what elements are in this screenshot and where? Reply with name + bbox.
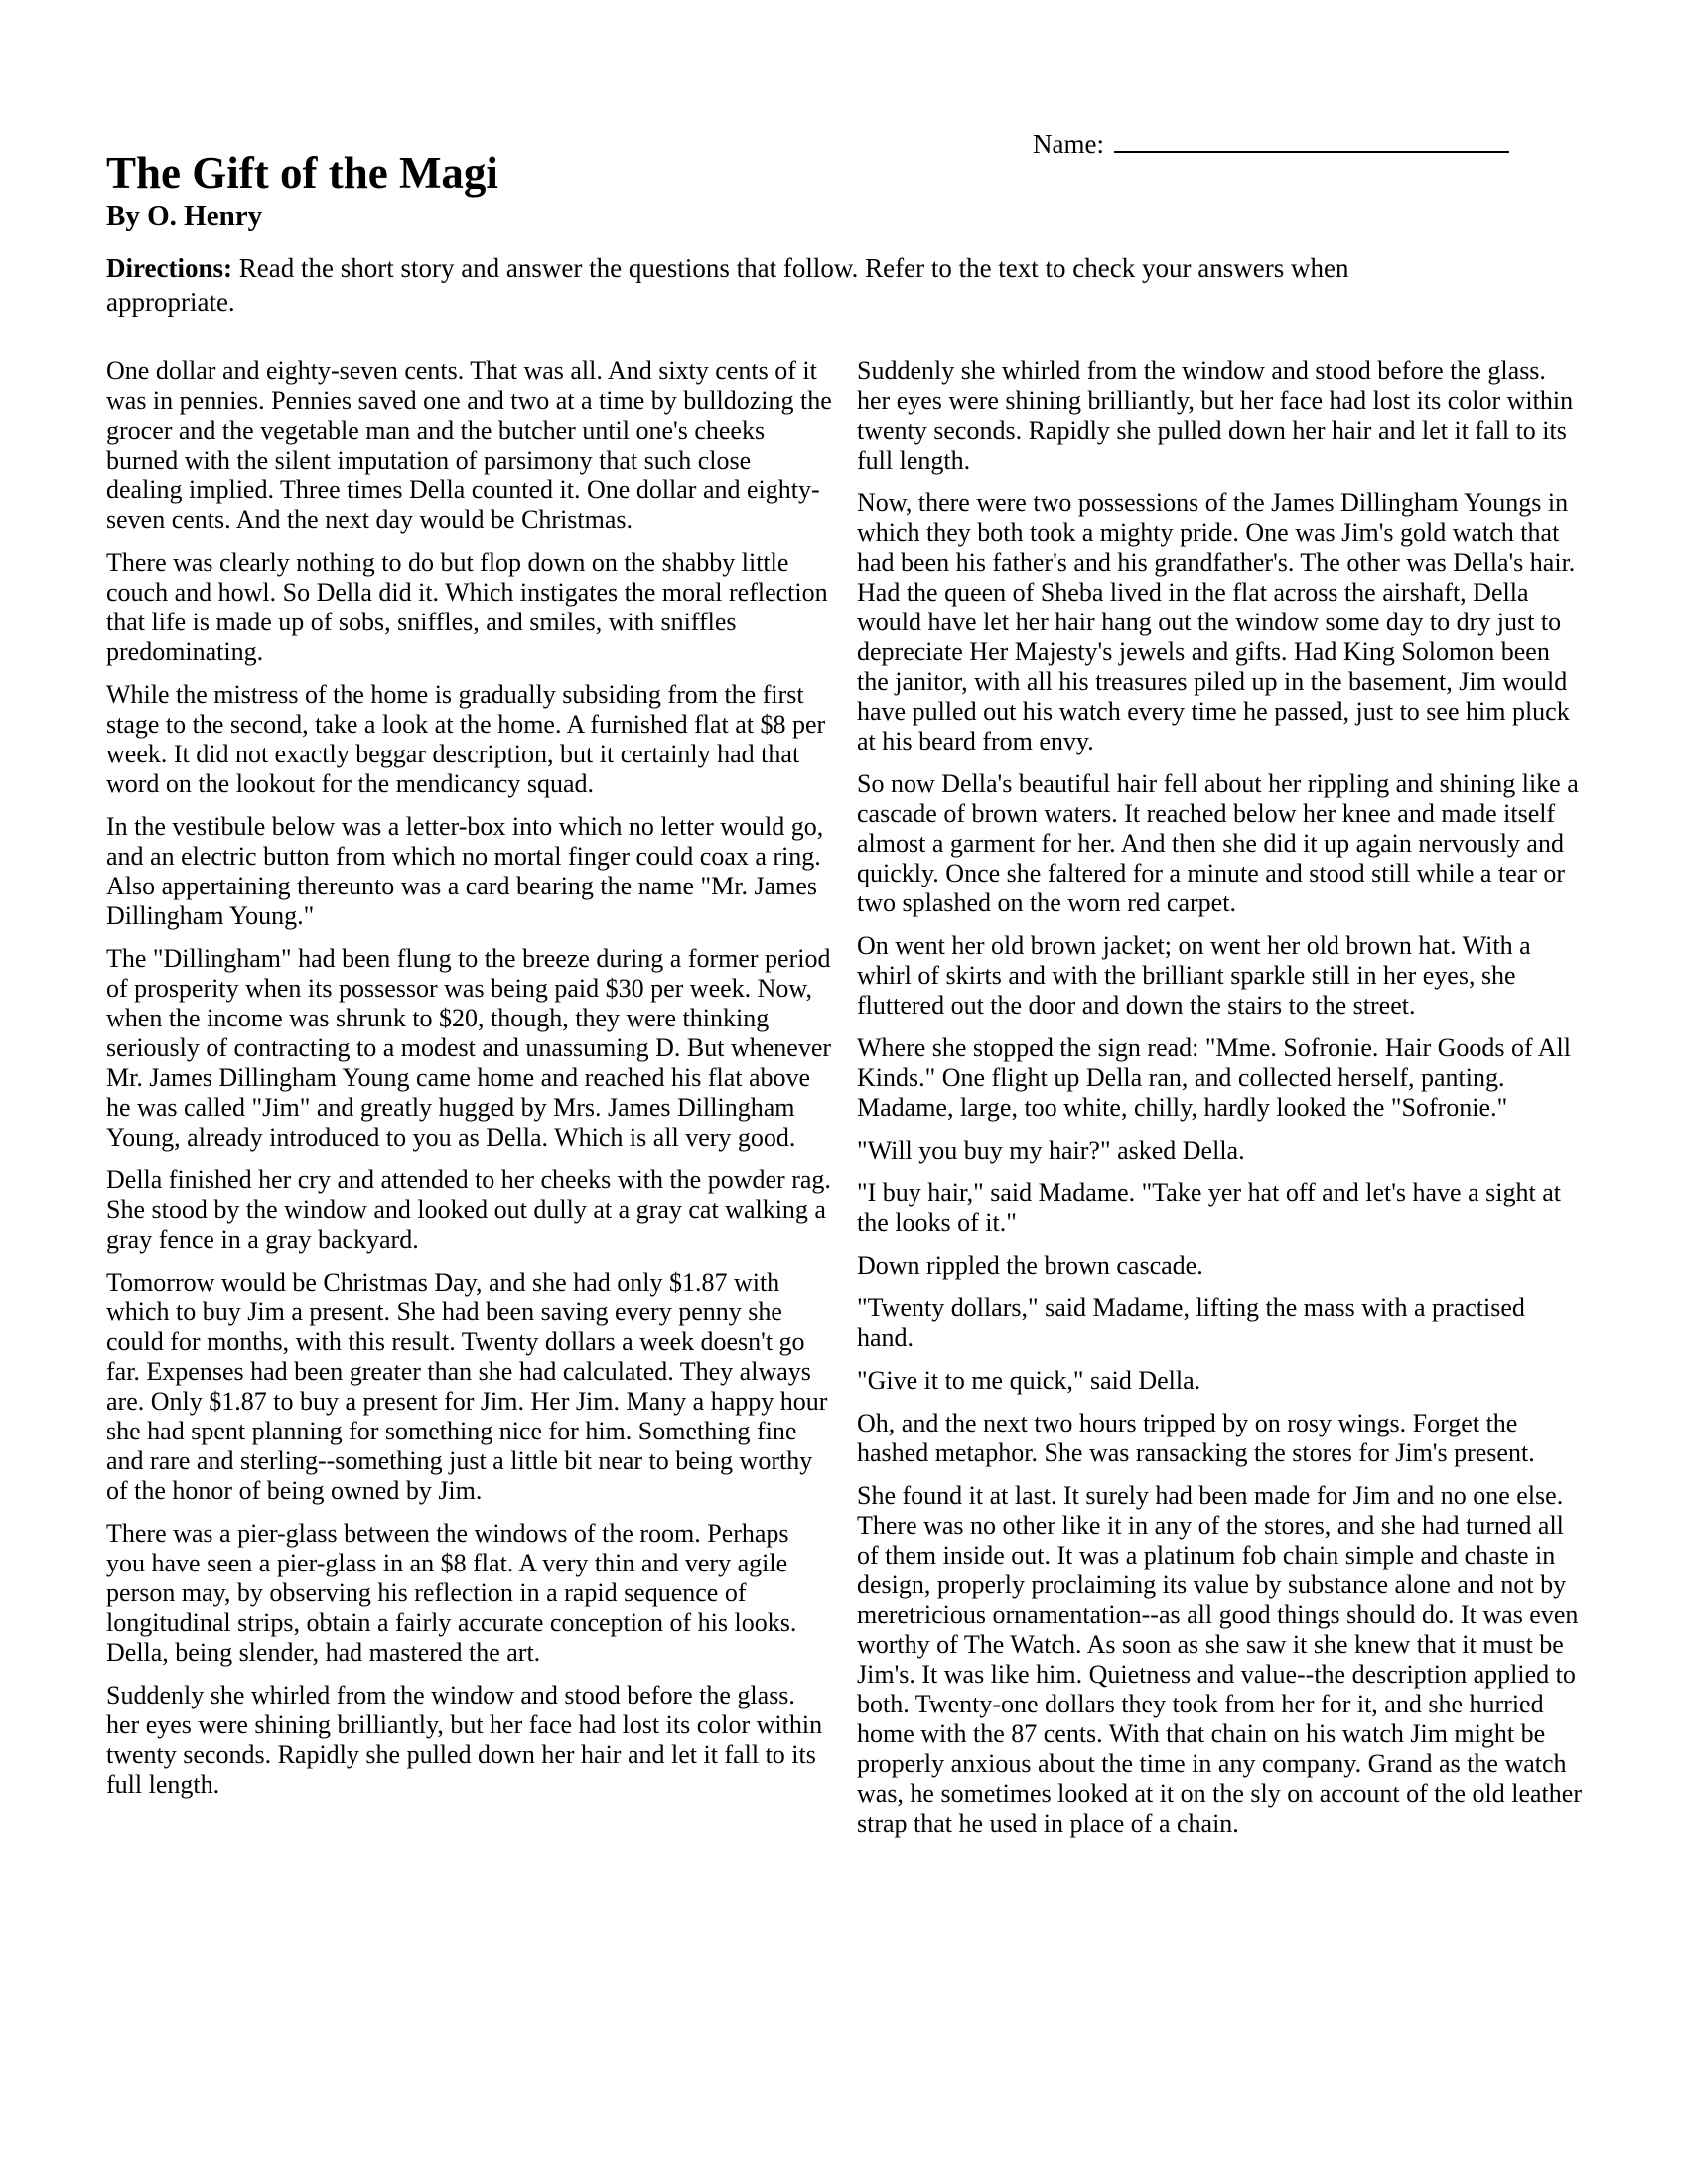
story-paragraph: There was a pier-glass between the windo… <box>106 1519 833 1668</box>
story-column-left: One dollar and eighty-seven cents. That … <box>106 356 833 1851</box>
story-paragraph: Suddenly she whirled from the window and… <box>106 1681 833 1800</box>
name-row: Name: <box>1033 123 1509 160</box>
story-paragraph: In the vestibule below was a letter-box … <box>106 812 833 931</box>
worksheet-page: Name: The Gift of the Magi By O. Henry D… <box>0 0 1688 2184</box>
story-paragraph: "Will you buy my hair?" asked Della. <box>857 1136 1584 1165</box>
story-paragraph: Tomorrow would be Christmas Day, and she… <box>106 1268 833 1506</box>
story-paragraph: Now, there were two possessions of the J… <box>857 488 1584 756</box>
directions-text: Read the short story and answer the ques… <box>106 253 1348 317</box>
directions: Directions: Read the short story and ans… <box>106 251 1472 319</box>
story-paragraph: Where she stopped the sign read: "Mme. S… <box>857 1033 1584 1123</box>
story-paragraph: So now Della's beautiful hair fell about… <box>857 769 1584 918</box>
story-paragraph: She found it at last. It surely had been… <box>857 1481 1584 1839</box>
byline: By O. Henry <box>106 199 1584 234</box>
story-paragraph: Oh, and the next two hours tripped by on… <box>857 1409 1584 1468</box>
story-paragraph: Suddenly she whirled from the window and… <box>857 356 1584 476</box>
story-paragraph: While the mistress of the home is gradua… <box>106 680 833 799</box>
name-blank-line <box>1114 123 1509 153</box>
story-paragraph: Down rippled the brown cascade. <box>857 1251 1584 1281</box>
story-paragraph: There was clearly nothing to do but flop… <box>106 548 833 667</box>
story-paragraph: Della finished her cry and attended to h… <box>106 1165 833 1255</box>
story-columns: One dollar and eighty-seven cents. That … <box>106 356 1584 1851</box>
story-paragraph: "I buy hair," said Madame. "Take yer hat… <box>857 1178 1584 1238</box>
story-paragraph: "Give it to me quick," said Della. <box>857 1366 1584 1396</box>
story-paragraph: "Twenty dollars," said Madame, lifting t… <box>857 1294 1584 1353</box>
story-paragraph: One dollar and eighty-seven cents. That … <box>106 356 833 535</box>
page-title: The Gift of the Magi <box>106 0 1584 199</box>
directions-label: Directions: <box>106 253 232 283</box>
story-column-right: Suddenly she whirled from the window and… <box>857 356 1584 1851</box>
story-paragraph: The "Dillingham" had been flung to the b… <box>106 944 833 1153</box>
story-paragraph: On went her old brown jacket; on went he… <box>857 931 1584 1021</box>
name-label: Name: <box>1033 129 1104 159</box>
